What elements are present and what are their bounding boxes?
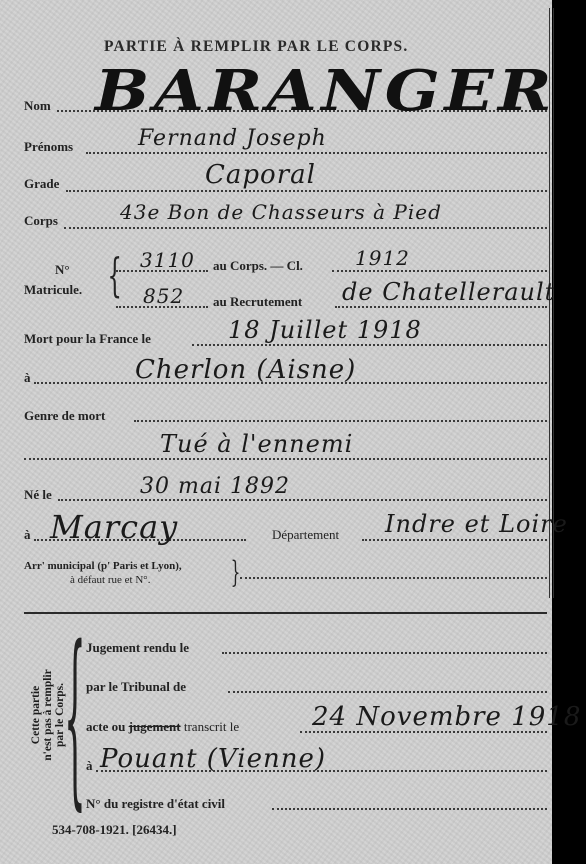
genre-de-mort-line bbox=[134, 420, 547, 422]
recrutement-line bbox=[335, 306, 547, 308]
label-au-corps: au Corps. — Cl. bbox=[213, 258, 303, 274]
value-classe: 1912 bbox=[355, 246, 410, 270]
value-genre-de-mort: Tué à l'ennemi bbox=[160, 430, 353, 458]
value-date-naissance: 30 mai 1892 bbox=[140, 474, 290, 499]
prenoms-line bbox=[86, 152, 547, 154]
tribunal-line bbox=[228, 691, 547, 693]
value-date-transcription: 24 Novembre 1918 bbox=[312, 702, 581, 732]
form-header: PARTIE À REMPLIR PAR LE CORPS. bbox=[104, 38, 408, 56]
value-date-deces: 18 Juillet 1918 bbox=[228, 316, 422, 344]
registre-line bbox=[272, 808, 547, 810]
label-nom: Nom bbox=[24, 98, 51, 114]
section-divider bbox=[24, 612, 547, 614]
label-departement: Département bbox=[272, 527, 339, 543]
value-corps: 43e Bon de Chasseurs à Pied bbox=[120, 200, 442, 224]
label-ne-le: Né le bbox=[24, 487, 52, 503]
label-lieu-transcription: à bbox=[86, 758, 93, 774]
value-lieu-deces: Cherlon (Aisne) bbox=[135, 355, 356, 385]
label-registre: N° du registre d'état civil bbox=[86, 796, 225, 812]
death-record-card: PARTIE À REMPLIR PAR LE CORPS. Nom BARAN… bbox=[0, 0, 552, 864]
arr-brace: } bbox=[231, 555, 241, 590]
jugement-rendu-line bbox=[222, 652, 547, 654]
value-grade: Caporal bbox=[205, 160, 316, 190]
value-nom: BARANGER bbox=[95, 58, 556, 124]
label-au-recrutement: au Recrutement bbox=[213, 294, 302, 310]
label-prenoms: Prénoms bbox=[24, 139, 73, 155]
departement-line bbox=[362, 539, 547, 541]
value-departement: Indre et Loire bbox=[385, 510, 568, 538]
label-tribunal: par le Tribunal de bbox=[86, 679, 186, 695]
side-note: Cette partie n'est pas à remplir par le … bbox=[30, 640, 66, 790]
label-grade: Grade bbox=[24, 176, 59, 192]
corps-line bbox=[64, 227, 547, 229]
label-mort-pour-la-france: Mort pour la France le bbox=[24, 331, 151, 347]
value-matricule-recrutement: 852 bbox=[143, 284, 184, 308]
form-code: 534-708-1921. [26434.] bbox=[52, 822, 177, 838]
date-deces-line bbox=[192, 344, 547, 346]
value-lieu-transcription: Pouant (Vienne) bbox=[100, 744, 326, 774]
genre-de-mort-line-2 bbox=[24, 458, 547, 460]
lower-brace: { bbox=[64, 632, 86, 802]
label-lieu-naissance: à bbox=[24, 527, 31, 543]
label-a-defaut: à défaut rue et N°. bbox=[70, 574, 150, 586]
grade-line bbox=[66, 190, 547, 192]
label-corps: Corps bbox=[24, 213, 58, 229]
value-recrutement: de Chatellerault bbox=[342, 278, 555, 306]
classe-line bbox=[332, 270, 547, 272]
label-matricule: Matricule. bbox=[24, 282, 82, 298]
value-prenoms: Fernand Joseph bbox=[138, 126, 327, 151]
matricule-brace: { bbox=[107, 248, 122, 302]
arr-municipal-line bbox=[240, 577, 547, 579]
label-matricule-no: N° bbox=[55, 262, 70, 278]
value-matricule-corps: 3110 bbox=[140, 248, 195, 272]
label-genre-de-mort: Genre de mort bbox=[24, 408, 105, 424]
label-arr-municipal: Arr' municipal (p' Paris et Lyon), bbox=[24, 560, 182, 572]
label-lieu-deces: à bbox=[24, 370, 31, 386]
struck-jugement: jugement bbox=[129, 719, 181, 734]
date-naissance-line bbox=[58, 499, 547, 501]
label-jugement-rendu: Jugement rendu le bbox=[86, 640, 189, 656]
value-lieu-naissance: Marcay bbox=[50, 508, 178, 546]
label-acte-ou: acte ou jugement transcrit le bbox=[86, 719, 239, 735]
